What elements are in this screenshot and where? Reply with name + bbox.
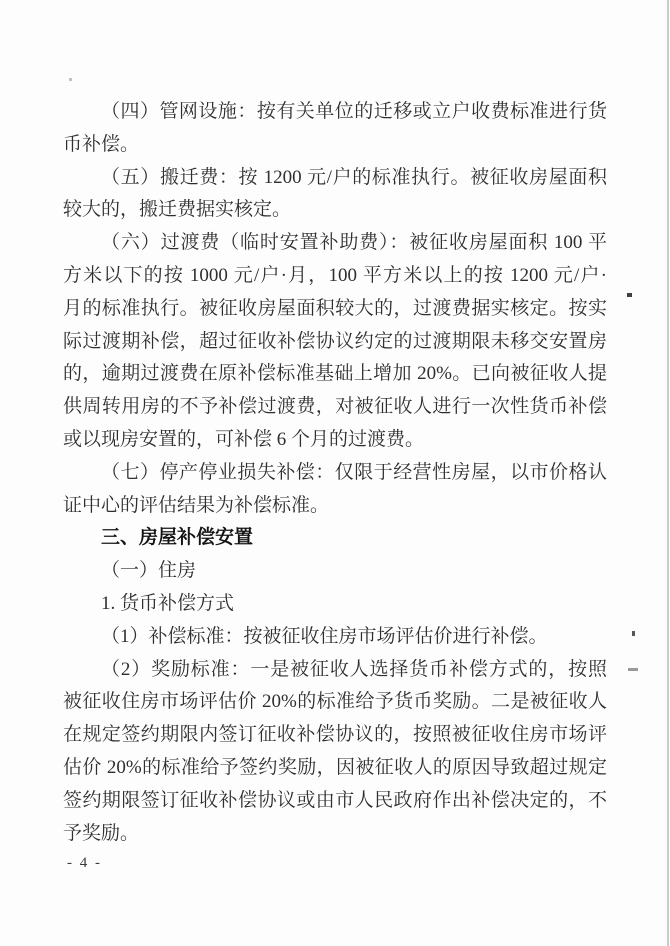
text-line: 证中心的评估结果为补偿标准。	[63, 490, 607, 523]
document-body-text: （四）管网设施：按有关单位的迁移或立户收费标准进行货币补偿。（五）搬迁费：按 1…	[63, 96, 607, 850]
scanned-document-page: （四）管网设施：按有关单位的迁移或立户收费标准进行货币补偿。（五）搬迁费：按 1…	[0, 0, 670, 946]
text-line: 月的标准执行。被征收房屋面积较大的，过渡费据实核定。按实	[63, 293, 607, 326]
text-line: 在规定签约期限内签订征收补偿协议的，按照被征收住房市场评	[63, 719, 607, 752]
text-line: 三、房屋补偿安置	[63, 522, 607, 555]
text-line: 币补偿。	[63, 129, 607, 162]
text-line: 1. 货币补偿方式	[63, 588, 607, 621]
text-line: （2）奖励标准：一是被征收人选择货币补偿方式的，按照	[63, 654, 607, 687]
text-line: 签约期限签订征收补偿协议或由市人民政府作出补偿决定的，不	[63, 785, 607, 818]
text-line: 或以现房安置的，可补偿 6 个月的过渡费。	[63, 424, 607, 457]
text-line: 予奖励。	[63, 818, 607, 851]
scan-speck	[628, 668, 638, 671]
scan-edge-line	[667, 0, 669, 946]
text-line: 估价 20%的标准给予签约奖励，因被征收人的原因导致超过规定	[63, 752, 607, 785]
text-line: 的，逾期过渡费在原补偿标准基础上增加 20%。已向被征收人提	[63, 358, 607, 391]
text-line: 供周转用房的不予补偿过渡费，对被征收人进行一次性货币补偿	[63, 391, 607, 424]
text-line: （六）过渡费（临时安置补助费）：被征收房屋面积 100 平	[63, 227, 607, 260]
text-line: 际过渡期补偿，超过征收补偿协议约定的过渡期限未移交安置房	[63, 326, 607, 359]
scan-speck	[627, 293, 632, 297]
text-line: （一）住房	[63, 555, 607, 588]
text-line: 被征收住房市场评估价 20%的标准给予货币奖励。二是被征收人	[63, 686, 607, 719]
text-line: （五）搬迁费：按 1200 元/户的标准执行。被征收房屋面积	[63, 162, 607, 195]
text-line: 较大的，搬迁费据实核定。	[63, 194, 607, 227]
text-line: （七）停产停业损失补偿：仅限于经营性房屋，以市价格认	[63, 457, 607, 490]
text-line: （1）补偿标准：按被征收住房市场评估价进行补偿。	[63, 621, 607, 654]
scan-speck	[69, 78, 72, 81]
page-number: - 4 -	[67, 855, 102, 872]
text-line: （四）管网设施：按有关单位的迁移或立户收费标准进行货	[63, 96, 607, 129]
scan-speck	[632, 631, 635, 636]
text-line: 方米以下的按 1000 元/户·月，100 平方米以上的按 1200 元/户·	[63, 260, 607, 293]
